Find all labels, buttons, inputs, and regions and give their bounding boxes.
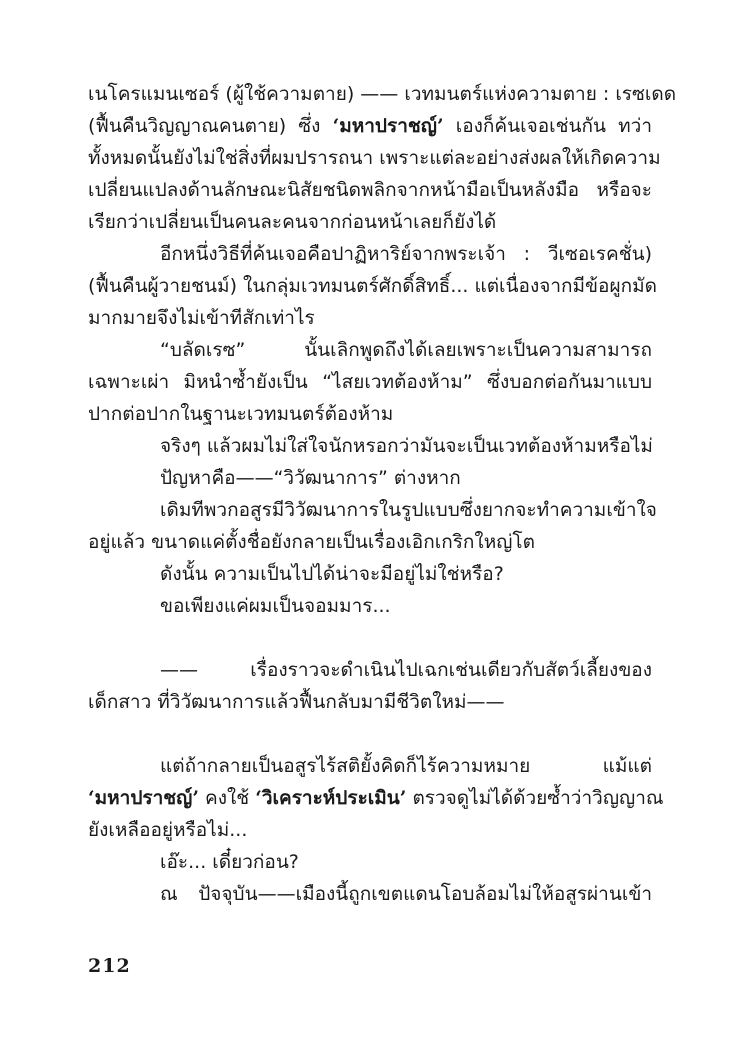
text-line: ปัญหาคือ——“วิวัฒนาการ” ต่างหาก	[88, 462, 652, 494]
text-run: เองก็ค้นเจอเช่นกัน ทว่า	[444, 115, 652, 137]
text-line: เรียกว่าเปลี่ยนเป็นคนละคนจากก่อนหน้าเลยก…	[88, 206, 652, 238]
text-line: ขอเพียงแค่ผมเป็นจอมมาร...	[88, 590, 652, 622]
text-line: เอ๊ะ... เดี๋ยวก่อน?	[88, 846, 652, 878]
text-run: (ฟื้นคืนผู้วายชนม์) ในกลุ่มเวทมนตร์ศักดิ…	[88, 275, 657, 297]
text-line: เปลี่ยนแปลงด้านลักษณะนิสัยชนิดพลิกจากหน้…	[88, 174, 652, 206]
text-run: ดังนั้น ความเป็นไปได้น่าจะมีอยู่ไม่ใช่หร…	[160, 563, 504, 585]
blank-line	[88, 622, 652, 654]
text-run: ตรวจดูไม่ได้ด้วยซ้ำว่าวิญญาณ	[406, 787, 663, 809]
text-run: เด็กสาว ที่วิวัฒนาการแล้วฟื้นกลับมามีชีว…	[88, 691, 505, 713]
text-line: แต่ถ้ากลายเป็นอสูรไร้สติยั้งคิดก็ไร้ความ…	[88, 750, 652, 782]
text-run: ปากต่อปากในฐานะเวทมนตร์ต้องห้าม	[88, 403, 393, 425]
text-run: “บลัดเรซ” นั้นเลิกพูดถึงได้เลยเพราะเป็นค…	[160, 339, 652, 361]
text-run: จริงๆ แล้วผมไม่ใส่ใจนักหรอกว่ามันจะเป็นเ…	[160, 435, 653, 457]
text-line: ปากต่อปากในฐานะเวทมนตร์ต้องห้าม	[88, 398, 652, 430]
text-run: อยู่แล้ว ขนาดแค่ตั้งชื่อยังกลายเป็นเรื่อ…	[88, 531, 535, 553]
text-run: ปัญหาคือ——“วิวัฒนาการ” ต่างหาก	[160, 467, 461, 489]
text-run: ทั้งหมดนั้นยังไม่ใช่สิ่งที่ผมปรารถนา เพร…	[88, 147, 661, 169]
emphasized-term: ‘วิเคราะห์ประเมิน’	[255, 787, 406, 809]
text-line: มากมายจึงไม่เข้าทีสักเท่าไร	[88, 302, 652, 334]
text-line: (ฟื้นคืนวิญญาณคนตาย) ซึ่ง ‘มหาปราชญ์’ เอ…	[88, 110, 652, 142]
text-line: จริงๆ แล้วผมไม่ใส่ใจนักหรอกว่ามันจะเป็นเ…	[88, 430, 652, 462]
text-run: เฉพาะเผ่า มิหนำซ้ำยังเป็น “ไสยเวทต้องห้า…	[88, 371, 652, 393]
text-line: “บลัดเรซ” นั้นเลิกพูดถึงได้เลยเพราะเป็นค…	[88, 334, 652, 366]
text-run: (ฟื้นคืนวิญญาณคนตาย) ซึ่ง	[88, 115, 333, 137]
blank-line	[88, 718, 652, 750]
text-run: คงใช้	[199, 787, 255, 809]
text-run: เอ๊ะ... เดี๋ยวก่อน?	[160, 851, 299, 873]
text-run: เปลี่ยนแปลงด้านลักษณะนิสัยชนิดพลิกจากหน้…	[88, 179, 652, 201]
text-line: ทั้งหมดนั้นยังไม่ใช่สิ่งที่ผมปรารถนา เพร…	[88, 142, 652, 174]
text-line: (ฟื้นคืนผู้วายชนม์) ในกลุ่มเวทมนตร์ศักดิ…	[88, 270, 652, 302]
text-line: ยังเหลืออยู่หรือไม่...	[88, 814, 652, 846]
page-body: เนโครแมนเซอร์ (ผู้ใช้ความตาย) —— เวทมนตร…	[88, 78, 652, 910]
emphasized-term: ‘มหาปราชญ์’	[88, 787, 199, 809]
text-line: ณ ปัจจุบัน——เมืองนี้ถูกเขตแดนโอบล้อมไม่ใ…	[88, 878, 652, 910]
text-run: ณ ปัจจุบัน——เมืองนี้ถูกเขตแดนโอบล้อมไม่ใ…	[160, 883, 652, 905]
text-run: เรียกว่าเปลี่ยนเป็นคนละคนจากก่อนหน้าเลยก…	[88, 211, 496, 233]
text-run: ยังเหลืออยู่หรือไม่...	[88, 819, 247, 841]
emphasized-term: ‘มหาปราชญ์’	[333, 115, 444, 137]
text-line: อยู่แล้ว ขนาดแค่ตั้งชื่อยังกลายเป็นเรื่อ…	[88, 526, 652, 558]
page-number: 212	[88, 955, 131, 977]
text-line: ดังนั้น ความเป็นไปได้น่าจะมีอยู่ไม่ใช่หร…	[88, 558, 652, 590]
text-line: เฉพาะเผ่า มิหนำซ้ำยังเป็น “ไสยเวทต้องห้า…	[88, 366, 652, 398]
text-line: อีกหนึ่งวิธีที่ค้นเจอคือปาฏิหาริย์จากพระ…	[88, 238, 652, 270]
text-line: เดิมทีพวกอสูรมีวิวัฒนาการในรูปแบบซึ่งยาก…	[88, 494, 652, 526]
text-run: เดิมทีพวกอสูรมีวิวัฒนาการในรูปแบบซึ่งยาก…	[160, 499, 657, 521]
text-run: เนโครแมนเซอร์ (ผู้ใช้ความตาย) —— เวทมนตร…	[88, 83, 676, 105]
text-line: ‘มหาปราชญ์’ คงใช้ ‘วิเคราะห์ประเมิน’ ตรว…	[88, 782, 652, 814]
text-run: มากมายจึงไม่เข้าทีสักเท่าไร	[88, 307, 315, 329]
text-run: —— เรื่องราวจะดำเนินไปเฉกเช่นเดียวกับสัต…	[160, 659, 652, 681]
text-line: เนโครแมนเซอร์ (ผู้ใช้ความตาย) —— เวทมนตร…	[88, 78, 652, 110]
text-line: เด็กสาว ที่วิวัฒนาการแล้วฟื้นกลับมามีชีว…	[88, 686, 652, 718]
text-run: แต่ถ้ากลายเป็นอสูรไร้สติยั้งคิดก็ไร้ความ…	[160, 755, 652, 777]
text-run: ขอเพียงแค่ผมเป็นจอมมาร...	[160, 595, 391, 617]
text-run: อีกหนึ่งวิธีที่ค้นเจอคือปาฏิหาริย์จากพระ…	[160, 243, 652, 265]
text-line: —— เรื่องราวจะดำเนินไปเฉกเช่นเดียวกับสัต…	[88, 654, 652, 686]
